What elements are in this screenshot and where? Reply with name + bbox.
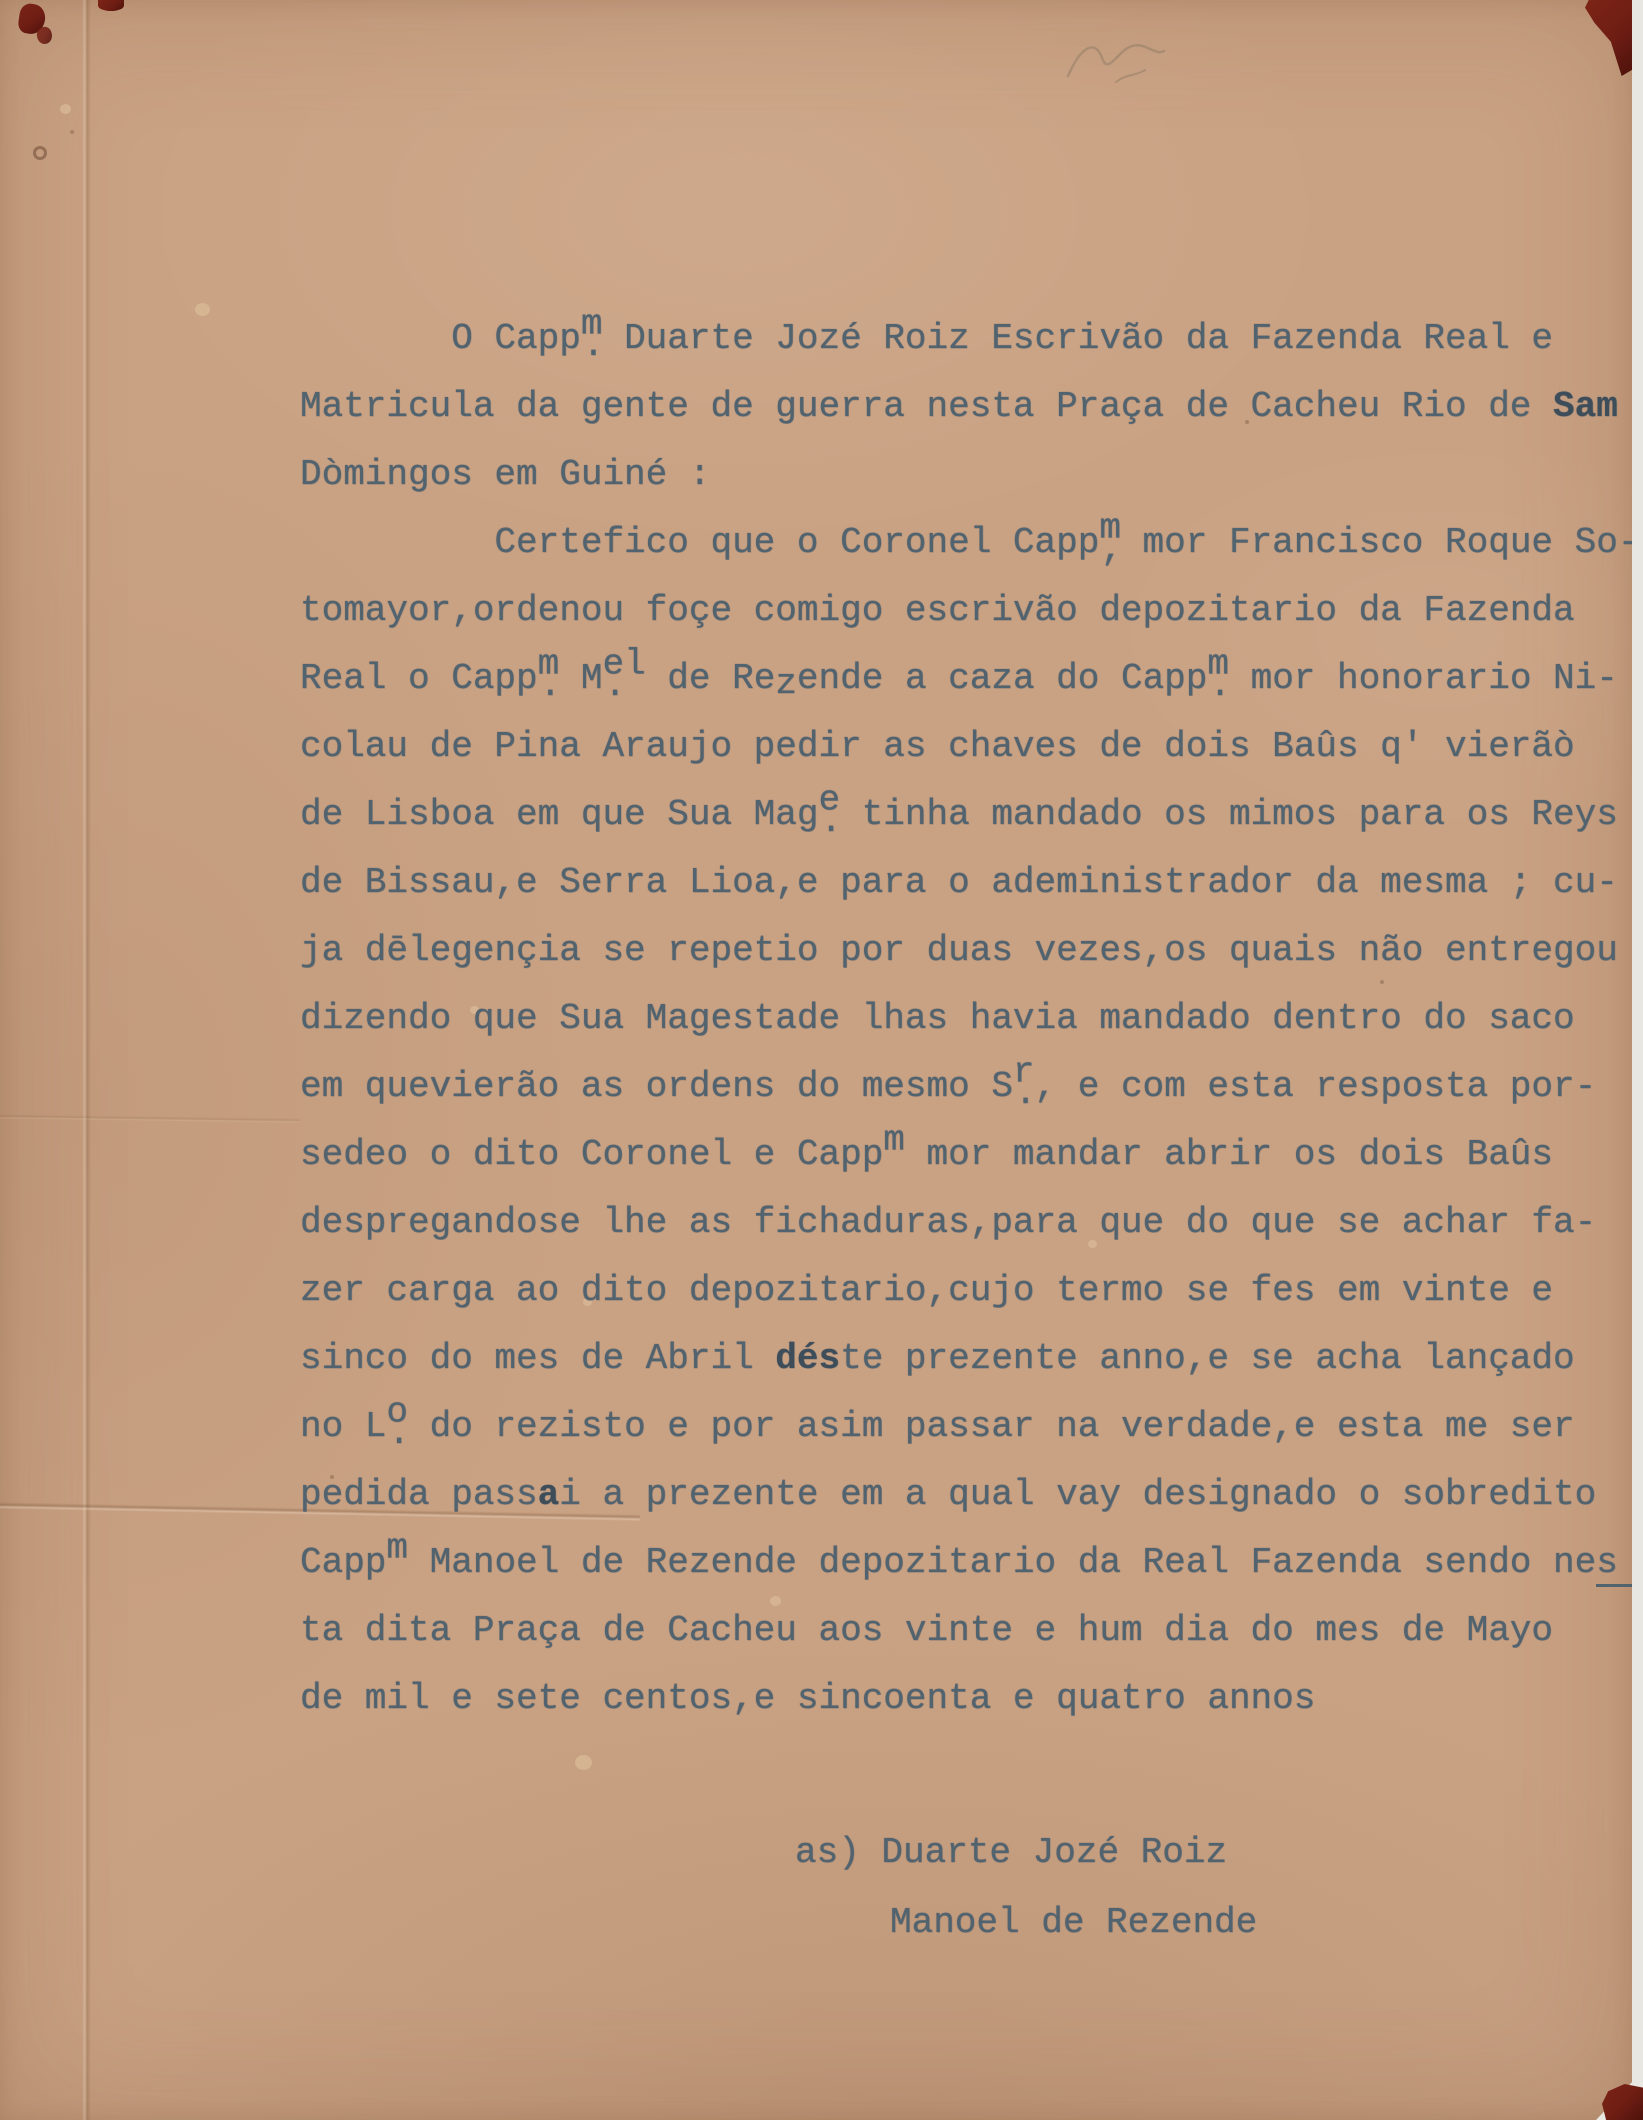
text-segment: te prezente anno,e se acha lançado <box>840 1338 1575 1379</box>
text-segment: tomayor,ordenou foçe comigo escrivão dep… <box>300 590 1575 631</box>
text-segment: ta dita Praça de Cacheu aos vinte e hum … <box>300 1610 1553 1651</box>
text-segment: Real o Capp <box>300 658 538 699</box>
text-segment: , e com esta resposta por- <box>1035 1066 1597 1107</box>
paper-stain <box>195 303 210 316</box>
text-segment: s <box>1596 1542 1634 1587</box>
text-segment: Dòmingos em Guiné : <box>300 454 710 495</box>
text-segment: Duarte Jozé Roiz Escrivão da Fazenda Rea… <box>602 318 1553 359</box>
document-line: Certefico que o Coronel Cappm, mor Franc… <box>300 509 1643 577</box>
text-segment: dizendo que Sua Magestade lhas havia man… <box>300 998 1575 1039</box>
document-line: de Bissau,e Serra Lioa,e para o ademinis… <box>300 849 1643 917</box>
text-segment: Certefico que o Coronel Capp <box>300 522 1099 563</box>
edge-mark-top <box>98 0 124 11</box>
scan-background: { "colors":{ "paper":"#c9a183", "ink":"#… <box>0 0 1643 2120</box>
text-segment: Manoel de Rezende depozitario da Real Fa… <box>408 1542 1596 1583</box>
document-line: ta dita Praça de Cacheu aos vinte e hum … <box>300 1597 1643 1665</box>
document-line: sinco do mes de Abril déste prezente ann… <box>300 1325 1643 1393</box>
typewriter-superscript: m, <box>1099 525 1121 561</box>
document-line: despregandose lhe as fichaduras,para que… <box>300 1189 1643 1257</box>
ink-ring-mark <box>33 146 47 160</box>
text-segment: do rezisto e por asim passar na verdade,… <box>408 1406 1575 1447</box>
typewriter-superscript: e. <box>818 797 840 833</box>
text-segment: ende a caza do Capp <box>797 658 1207 699</box>
text-segment: zer carga ao dito depozitario,cujo termo… <box>300 1270 1553 1311</box>
typewriter-superscript: o. <box>386 1409 408 1445</box>
document-line: Matricula da gente de guerra nesta Praça… <box>300 373 1643 441</box>
text-segment: de Re <box>646 658 776 699</box>
text-segment: sinco do mes de Abril <box>300 1338 775 1379</box>
typewriter-superscript: el. <box>602 661 645 697</box>
text-segment: z <box>775 650 797 718</box>
signature-line-1: as) Duarte Jozé Roiz <box>795 1832 1227 1873</box>
text-segment: colau de Pina Araujo pedir as chaves de … <box>300 726 1575 767</box>
document-line: pedida passai a prezente em a qual vay d… <box>300 1461 1643 1529</box>
text-segment: m <box>883 1107 905 1175</box>
document-line: Cappm Manoel de Rezende depozitario da R… <box>300 1529 1643 1597</box>
fold-crease-horizontal-faint <box>0 1114 300 1123</box>
text-segment: sedeo o dito Coronel e Capp <box>300 1134 883 1175</box>
text-segment: de Bissau,e Serra Lioa,e para o ademinis… <box>300 862 1618 903</box>
text-segment: Sam <box>1553 386 1618 427</box>
text-segment: em quevierão as ordens do mesmo S <box>300 1066 1013 1107</box>
document-lines: O Cappm. Duarte Jozé Roiz Escrivão da Fa… <box>300 305 1643 1733</box>
document-line: sedeo o dito Coronel e Cappm mor mandar … <box>300 1121 1643 1189</box>
text-segment: mor honorario Ni- <box>1229 658 1618 699</box>
text-segment: de Lisboa em que Sua Mag <box>300 794 818 835</box>
text-segment: i a prezente em a qual vay designado o s… <box>559 1474 1596 1515</box>
text-segment: dés <box>775 1338 840 1379</box>
text-segment: no L <box>300 1406 386 1447</box>
pencil-squiggle <box>1058 28 1188 98</box>
document-line: de mil e sete centos,e sincoenta e quatr… <box>300 1665 1643 1733</box>
document-line: dizendo que Sua Magestade lhas havia man… <box>300 985 1643 1053</box>
text-segment: pedida pass <box>300 1474 538 1515</box>
signature-line-2: Manoel de Rezende <box>890 1902 1257 1943</box>
text-segment: tinha mandado os mimos para os Reys <box>840 794 1618 835</box>
document-line: Dòmingos em Guiné : <box>300 441 1643 509</box>
text-segment: mor mandar abrir os dois Baûs <box>905 1134 1553 1175</box>
typewriter-superscript: r. <box>1013 1069 1035 1105</box>
document-line: de Lisboa em que Sua Mage. tinha mandado… <box>300 781 1643 849</box>
document-line: no Lo. do rezisto e por asim passar na v… <box>300 1393 1643 1461</box>
document-line: zer carga ao dito depozitario,cujo termo… <box>300 1257 1643 1325</box>
typewriter-superscript: m. <box>538 661 560 697</box>
document-line: ja dēlegençia se repetio por duas vezes,… <box>300 917 1643 985</box>
text-segment: de mil e sete centos,e sincoenta e quatr… <box>300 1678 1315 1719</box>
document-line: Real o Cappm. Mel. de Rezende a caza do … <box>300 645 1643 713</box>
document-line: colau de Pina Araujo pedir as chaves de … <box>300 713 1643 781</box>
paper-stain <box>575 1755 592 1770</box>
text-segment: a <box>538 1474 560 1515</box>
text-segment: M <box>559 658 602 699</box>
text-segment: mor Francisco Roque So- <box>1121 522 1639 563</box>
scanned-document-page: O Cappm. Duarte Jozé Roiz Escrivão da Fa… <box>0 0 1632 2120</box>
text-segment: despregandose lhe as fichaduras,para que… <box>300 1202 1596 1243</box>
typewriter-superscript: m. <box>1207 661 1229 697</box>
text-segment: Capp <box>300 1542 386 1583</box>
text-segment: m <box>386 1515 408 1583</box>
document-line: tomayor,ordenou foçe comigo escrivão dep… <box>300 577 1643 645</box>
fold-crease-vertical <box>82 0 91 2120</box>
text-segment: ja dēlegençia se repetio por duas vezes,… <box>300 930 1618 971</box>
paper-speck <box>70 130 74 134</box>
text-segment: O Capp <box>300 318 581 359</box>
document-line: O Cappm. Duarte Jozé Roiz Escrivão da Fa… <box>300 305 1643 373</box>
typewriter-superscript: m. <box>581 321 603 357</box>
document-line: em quevierão as ordens do mesmo Sr., e c… <box>300 1053 1643 1121</box>
paper-stain <box>60 104 71 114</box>
text-segment: Matricula da gente de guerra nesta Praça… <box>300 386 1553 427</box>
